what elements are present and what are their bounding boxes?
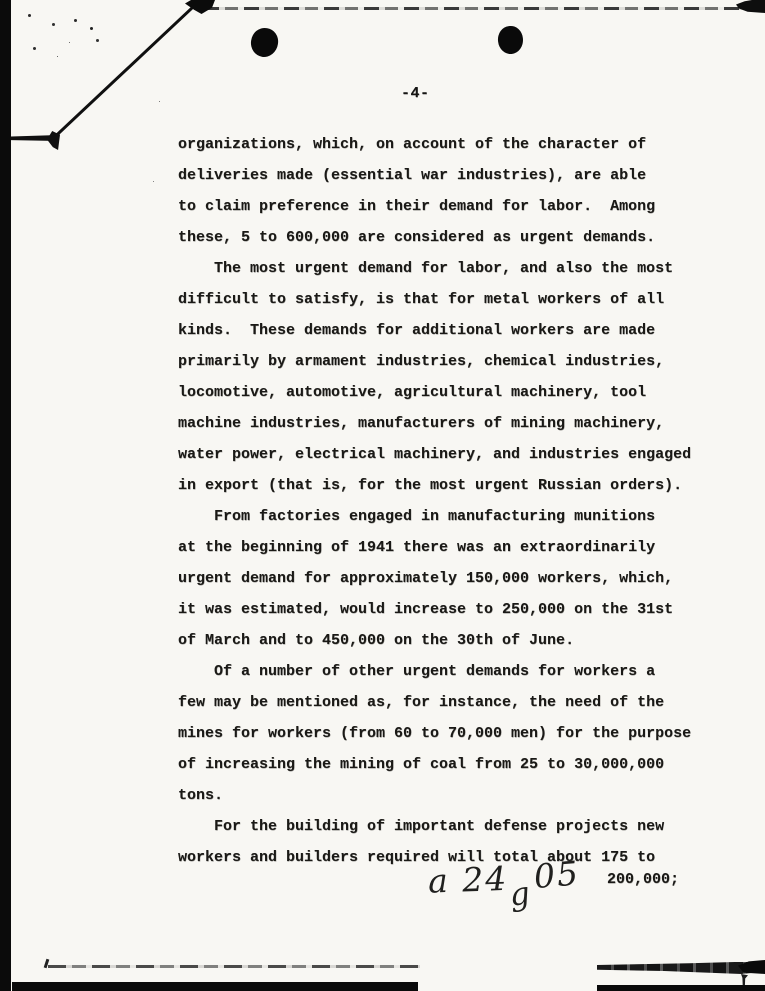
- handwriting-main: a 24: [427, 859, 508, 901]
- handwritten-annotation: a 24g05: [427, 856, 581, 900]
- document-body-text: organizations, which, on account of the …: [178, 129, 718, 873]
- scan-bottom-right-bar: [597, 985, 765, 991]
- scan-top-edge-line: [204, 7, 765, 10]
- handwriting-end: 05: [533, 853, 582, 896]
- scan-bottom-left-line: [48, 965, 420, 968]
- punch-hole-right: [497, 25, 525, 55]
- continuation-value: 200,000;: [607, 871, 679, 888]
- scan-bottom-right-ragged-band: [597, 962, 765, 974]
- scan-top-right-blob: [736, 0, 765, 13]
- scan-bottom-left-bar: [12, 982, 418, 991]
- scan-speckles: [28, 14, 31, 17]
- page-number: -4-: [401, 85, 430, 102]
- scan-left-edge-bar: [0, 0, 11, 991]
- handwriting-subscript: g: [507, 875, 534, 914]
- scanned-document-page: -4- organizations, which, on account of …: [0, 0, 765, 991]
- punch-hole-left: [249, 26, 280, 58]
- scan-diagonal-fold-line: [52, 1, 199, 139]
- scan-diagonal-junction-blob: [47, 131, 60, 150]
